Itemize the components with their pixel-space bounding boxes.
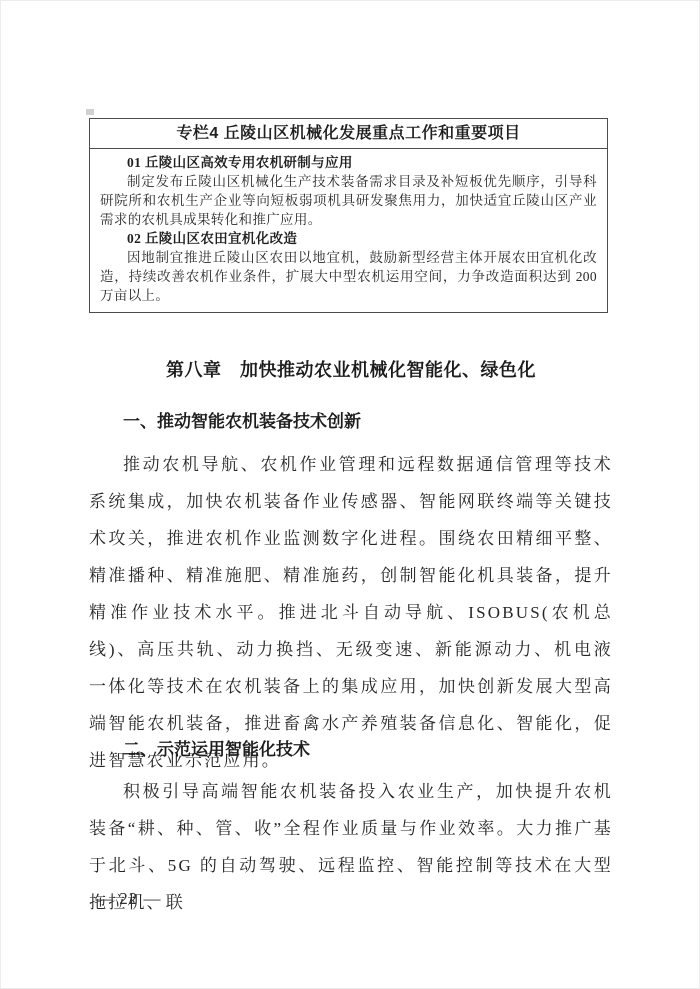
- scan-artifact: [86, 109, 94, 115]
- chapter-heading: 第八章 加快推动农业机械化智能化、绿色化: [1, 357, 700, 383]
- document-page: 专栏4 丘陵山区机械化发展重点工作和重要项目 01 丘陵山区高效专用农机研制与应…: [0, 0, 700, 989]
- box-item-body: 制定发布丘陵山区机械化生产技术装备需求目录及补短板优先顺序，引导科研院所和农机生…: [100, 172, 597, 229]
- box-item-heading: 02 丘陵山区农田宜机化改造: [100, 229, 597, 248]
- highlight-box: 专栏4 丘陵山区机械化发展重点工作和重要项目 01 丘陵山区高效专用农机研制与应…: [89, 118, 608, 313]
- section-paragraph-1: 推动农机导航、农机作业管理和远程数据通信管理等技术系统集成，加快农机装备作业传感…: [89, 446, 613, 779]
- box-item-body: 因地制宜推进丘陵山区农田以地宜机，鼓励新型经营主体开展农田宜机化改造，持续改善农…: [100, 248, 597, 305]
- page-number: — 22 —: [96, 889, 162, 909]
- section-heading-2: 二、示范运用智能化技术: [89, 738, 613, 762]
- box-title: 专栏4 丘陵山区机械化发展重点工作和重要项目: [90, 119, 607, 149]
- box-item-heading: 01 丘陵山区高效专用农机研制与应用: [100, 153, 597, 172]
- box-body: 01 丘陵山区高效专用农机研制与应用 制定发布丘陵山区机械化生产技术装备需求目录…: [90, 149, 607, 312]
- section-heading-1: 一、推动智能农机装备技术创新: [89, 410, 613, 434]
- section-paragraph-2: 积极引导高端智能农机装备投入农业生产，加快提升农机装备“耕、种、管、收”全程作业…: [89, 773, 613, 921]
